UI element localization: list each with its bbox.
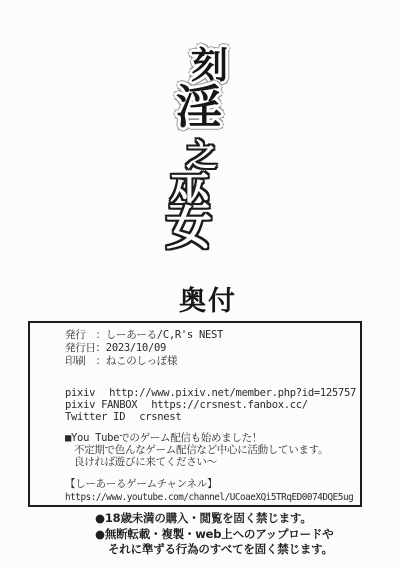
notice-age-restriction: ●18歳未満の購入・閲覧を固く禁じます。 [95,511,333,527]
youtube-announcement: ■You Tubeでのゲーム配信も始めました！ 不定期で色んなゲーム配信など中心… [65,432,354,469]
book-title: 刻 淫 之 巫 女 [0,0,400,280]
author-links: pixiv http://www.pixiv.net/member.php?id… [65,387,354,423]
fanbox-row: pixiv FANBOX https://crsnest.fanbox.cc/ [65,399,354,411]
fanbox-label: pixiv FANBOX [65,399,137,411]
twitter-label: Twitter ID [65,411,125,423]
publish-date-line: 発行日：2023/10/09 [65,342,354,355]
notices: ●18歳未満の購入・閲覧を固く禁じます。 ●無断転載・複製・web上へのアップロ… [95,511,333,558]
notice-no-reproduction-2: それに準ずる行為のすべてを固く禁じます。 [95,542,333,558]
youtube-line-3: 良ければ遊びに来てください～ [65,456,354,468]
fanbox-url: https://crsnest.fanbox.cc/ [151,399,308,411]
pixiv-row: pixiv http://www.pixiv.net/member.php?id… [65,387,354,399]
pixiv-label: pixiv [65,387,95,399]
colophon-box: 発行 ：しーあーる/C,R's NEST 発行日：2023/10/09 印刷 ：… [28,321,362,507]
youtube-line-1: ■You Tubeでのゲーム配信も始めました！ [65,432,354,444]
colophon-page: 刻 淫 之 巫 女 奥付 発行 ：しーあーる/C,R's NEST 発行日：20… [0,0,400,568]
printer-line: 印刷 ：ねこのしっぽ様 [65,355,354,368]
channel-url: https://www.youtube.com/channel/UCoaeXQi… [65,491,354,504]
title-char-2: 淫 [176,84,222,130]
colophon-heading: 奥付 [0,287,400,317]
title-char-1: 刻 [191,47,228,84]
twitter-row: Twitter ID crsnest [65,411,354,423]
notice-no-reproduction: ●無断転載・複製・web上へのアップロードや [95,527,333,543]
twitter-id: crsnest [139,411,181,423]
youtube-channel: 【しーあーるゲームチャンネル】 https://www.youtube.com/… [65,478,354,504]
publisher-line: 発行 ：しーあーる/C,R's NEST [65,329,354,342]
publication-info: 発行 ：しーあーる/C,R's NEST 発行日：2023/10/09 印刷 ：… [65,329,354,368]
title-char-5: 女 [166,205,212,251]
pixiv-url: http://www.pixiv.net/member.php?id=12575… [109,387,356,399]
channel-name: 【しーあーるゲームチャンネル】 [65,478,354,491]
youtube-line-2: 不定期で色んなゲーム配信など中心に活動しています。 [65,444,354,456]
